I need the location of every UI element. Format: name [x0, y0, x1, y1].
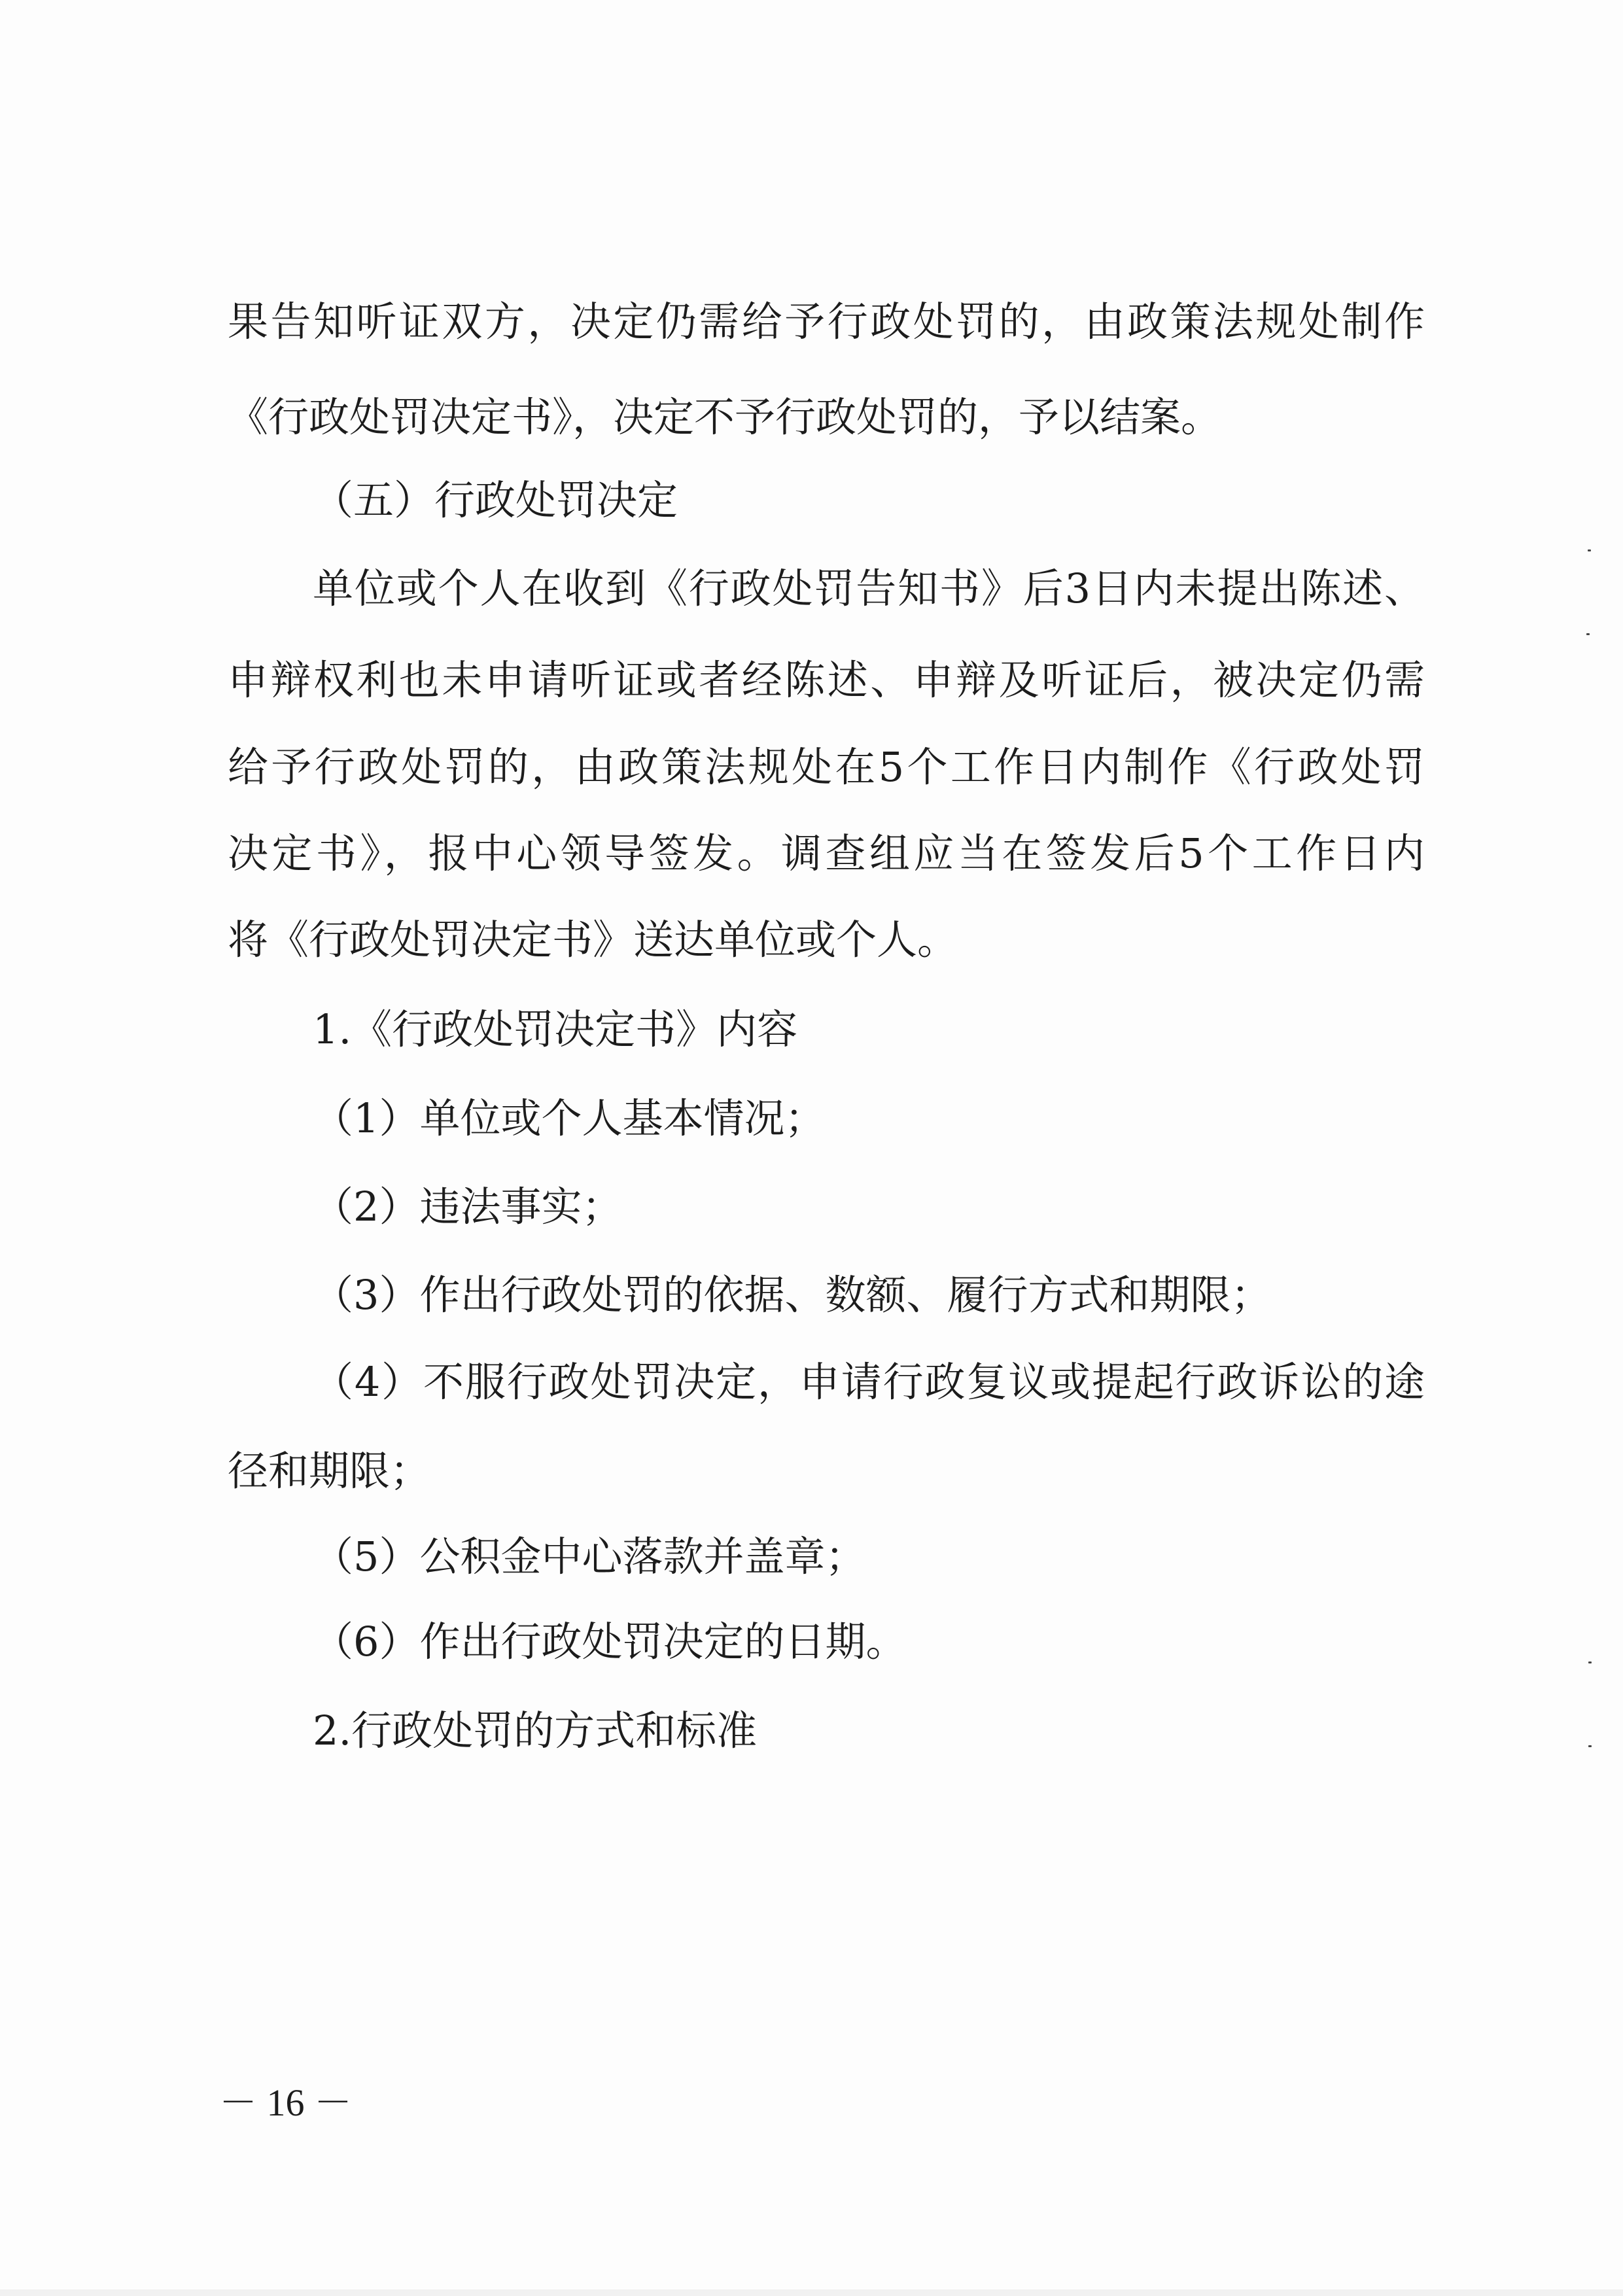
paragraph-continuation-line-1: 果告知听证双方，决定仍需给予行政处罚的，由政策法规处制作 [228, 292, 1425, 351]
scan-speck [1588, 549, 1591, 551]
scan-bottom-edge [0, 2289, 1623, 2296]
paragraph-line-5: 将《行政处罚决定书》送达单位或个人。 [228, 911, 1425, 969]
list-item-4-line-1: （4）不服行政处罚决定，申请行政复议或提起行政诉讼的途 [313, 1353, 1425, 1412]
paragraph-line-2: 申辩权利也未申请听证或者经陈述、申辩及听证后，被决定仍需 [228, 651, 1425, 710]
list-item-1: （1）单位或个人基本情况； [313, 1089, 1425, 1148]
list-item-2: （2）违法事实； [313, 1177, 1425, 1236]
paragraph-line-3: 给予行政处罚的，由政策法规处在5个工作日内制作《行政处罚 [228, 738, 1425, 797]
paragraph-line-4: 决定书》，报中心领导签发。调查组应当在签发后5个工作日内 [228, 824, 1425, 883]
list-item-6: （6）作出行政处罚决定的日期。 [313, 1612, 1425, 1671]
list-item-3: （3）作出行政处罚的依据、数额、履行方式和期限； [313, 1266, 1425, 1325]
subheading-decision-content: 1.《行政处罚决定书》内容 [313, 1000, 1425, 1059]
subheading-penalty-methods-standards: 2.行政处罚的方式和标准 [313, 1701, 1425, 1760]
list-item-4-line-2: 径和期限； [228, 1442, 1425, 1501]
scan-speck [1588, 1745, 1592, 1747]
page-number: － 16 － [219, 2080, 352, 2126]
document-page: 果告知听证双方，决定仍需给予行政处罚的，由政策法规处制作 《行政处罚决定书》，决… [0, 0, 1623, 2296]
paragraph-line-1: 单位或个人在收到《行政处罚告知书》后3日内未提出陈述、 [313, 559, 1425, 618]
paragraph-continuation-line-2: 《行政处罚决定书》，决定不予行政处罚的，予以结案。 [228, 388, 1425, 447]
list-item-5: （5）公积金中心落款并盖章； [313, 1527, 1425, 1586]
section-heading-administrative-penalty-decision: （五）行政处罚决定 [313, 471, 1425, 530]
scan-speck [1588, 1661, 1592, 1663]
scan-speck [1586, 633, 1590, 635]
